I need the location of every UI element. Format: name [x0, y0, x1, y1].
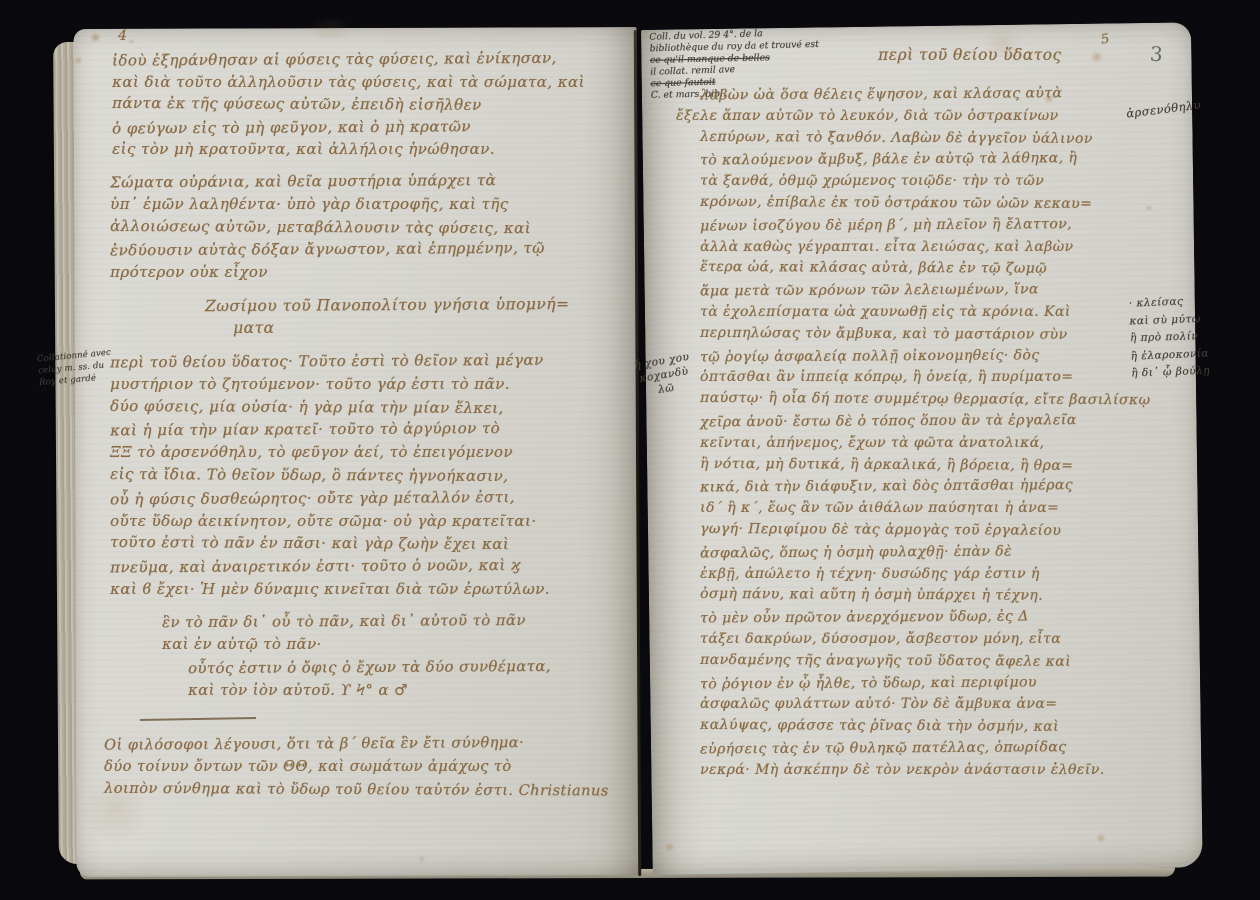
- text-line: ΞΞ τὸ ἀρσενόθηλυ, τὸ φεῦγον ἀεί, τὸ ἐπει…: [110, 441, 550, 464]
- text-line: τὰ ἐχολεπίσματα ὠὰ χαυνωθῇ εἰς τὰ κρόνια…: [700, 302, 1150, 324]
- text-line: ἀσφαλῶς, ὅπως ἡ ὀσμὴ φυλαχθῇ· ἐπὰν δὲ: [700, 540, 1150, 565]
- text-line: μένων ἰσοζύγου δὲ μέρη β΄, μὴ πλεῖον ἢ ἔ…: [700, 213, 1150, 238]
- page-number-right-pencil: 3: [1149, 42, 1164, 67]
- text-line: δύο τοίνυν ὄντων τῶν ΘΘ, καὶ σωμάτων ἀμά…: [104, 755, 609, 778]
- chapter-title: περὶ τοῦ θείου ὕδατος: [878, 46, 1062, 64]
- text-line: πανδαμένης τῆς ἀναγωγῆς τοῦ ὕδατος ἄφελε…: [700, 650, 1150, 674]
- left-paragraph-2: Σώματα οὐράνια, καὶ θεῖα μυστήρια ὑπάρχε…: [110, 170, 545, 284]
- manuscript-photo: 4 Collationné avecceluy m. ss. duRoy et …: [0, 0, 1260, 900]
- text-line: πρότερον οὐκ εἶχον: [110, 261, 545, 284]
- text-line: περὶ τοῦ θείου ὕδατος· Τοῦτο ἐστὶ τὸ θεῖ…: [110, 349, 550, 374]
- text-line: ἰδοὺ ἐξηράνθησαν αἱ φύσεις τὰς φύσεις, κ…: [112, 47, 585, 72]
- text-line: εὑρήσεις τὰς ἐν τῷ θυληκῷ πατέλλας, ὀπωρ…: [700, 737, 1150, 762]
- text-line: ἅμα μετὰ τῶν κρόνων τῶν λελειωμένων, ἵνα: [700, 279, 1150, 304]
- text-line: τάξει δακρύων, δύσοσμον, ἄσβεστον μόνη, …: [700, 629, 1150, 651]
- text-line: κικά, διὰ τὴν διάφυξιν, καὶ δὸς ὁπτᾶσθαι…: [700, 475, 1150, 500]
- text-line: εἰς τὸν μὴ κρατοῦντα, καὶ ἀλλήλοις ἡνώθη…: [112, 138, 585, 161]
- text-line: τοῦτο ἐστὶ τὸ πᾶν ἐν πᾶσι· καὶ γὰρ ζωὴν …: [110, 531, 550, 556]
- text-line: πάντα ἐκ τῆς φύσεως αὐτῶν, ἐπειδὴ εἰσῆλθ…: [112, 92, 585, 117]
- text-line: ἢ νότια, μὴ δυτικά, ἢ ἀρκαλικά, ἢ βόρεια…: [700, 453, 1150, 477]
- text-line: ματα: [233, 317, 569, 340]
- page-number-left: 4: [118, 28, 127, 44]
- text-line: μυστήριον τὸ ζητούμενον· τοῦτο γάρ ἐστι …: [110, 373, 550, 396]
- text-line: καὶ τὸν ἰὸν αὐτοῦ. ϒ Ϟ° α ♂: [188, 679, 551, 702]
- text-line: λεπύρων, καὶ τὸ ξανθόν. Λαβὼν δὲ ἀγγεῖον…: [700, 126, 1150, 150]
- text-line: ἓν τὸ πᾶν δι᾽ οὗ τὸ πᾶν, καὶ δι᾽ αὐτοῦ τ…: [162, 609, 526, 634]
- text-line: ιδ΄ ἢ κ΄, ἕως ἂν τῶν ἀιθάλων παύσηται ἡ …: [700, 498, 1150, 520]
- text-line: ἀσφαλῶς φυλάττων αὐτό· Τὸν δὲ ἄμβυκα ἀνα…: [700, 694, 1150, 716]
- text-line: ὁπτᾶσθαι ἂν ἱππείᾳ κόπρῳ, ἢ ὀνείᾳ, ἢ πυρ…: [700, 367, 1150, 389]
- text-line: τὸ μὲν οὖν πρῶτον ἀνερχόμενον ὕδωρ, ἐς Δ: [700, 606, 1150, 631]
- left-paragraph-3: περὶ τοῦ θείου ὕδατος· Τοῦτο ἐστὶ τὸ θεῖ…: [110, 350, 550, 601]
- text-line: καὶ διὰ τοῦτο ἀλληλοῦσιν τὰς φύσεις, καὶ…: [112, 71, 585, 94]
- text-line: κρόνων, ἐπίβαλε ἐκ τοῦ ὀστράκου τῶν ὠῶν …: [700, 192, 1150, 216]
- text-line: ἔξελε ἅπαν αὐτῶν τὸ λευκόν, διὰ τῶν ὀστρ…: [676, 106, 1150, 128]
- text-line: τὸ ῥόγιον ἐν ᾧ ἦλθε, τὸ ὕδωρ, καὶ περιφί…: [700, 671, 1150, 696]
- text-line: ἐκβῇ, ἀπώλετο ἡ τέχνη· δυσώδης γάρ ἐστιν…: [700, 564, 1150, 586]
- text-line: εἰς τὰ ἴδια. Τὸ θεῖον ὕδωρ, ὃ πάντες ἠγν…: [110, 463, 550, 488]
- serpent-quote: οὗτός ἐστιν ὁ ὄφις ὁ ἔχων τὰ δύο συνθέμα…: [188, 656, 551, 702]
- text-line: Σώματα οὐράνια, καὶ θεῖα μυστήρια ὑπάρχε…: [110, 169, 545, 194]
- text-line: καὶ ἐν αὐτῷ τὸ πᾶν·: [162, 633, 526, 656]
- text-line: ἢ δι᾽ ᾧ βούλῃ: [1131, 363, 1210, 383]
- text-line: Οἱ φιλόσοφοι λέγουσι, ὅτι τὰ β΄ θεῖα ἓν …: [104, 730, 609, 756]
- text-line: πνεῦμα, καὶ ἀναιρετικόν ἐστι· τοῦτο ὁ νο…: [110, 554, 550, 579]
- text-line: · κλείσας: [1128, 292, 1207, 313]
- text-line: παύστῳ· ἢ οἷα δή ποτε συμμέτρῳ θερμασίᾳ,…: [700, 388, 1150, 412]
- text-line: τῷ ῥογίῳ ἀσφαλείᾳ πολλῇ οἰκονομηθείς· δὸ…: [700, 344, 1150, 369]
- text-line: γωγή· Περιφίμου δὲ τὰς ἁρμογὰς τοῦ ἐργαλ…: [700, 519, 1150, 543]
- right-body-text: λαβὼν ὠὰ ὅσα θέλεις ἕψησον, καὶ κλάσας α…: [700, 84, 1150, 782]
- text-line: περιπηλώσας τὸν ἄμβυκα, καὶ τὸ μαστάριον…: [700, 323, 1150, 347]
- text-line: λαβὼν ὠὰ ὅσα θέλεις ἕψησον, καὶ κλάσας α…: [700, 83, 1150, 108]
- text-line: ἢ ἐλαροκονία: [1130, 345, 1209, 366]
- text-line: καλύψας, φράσσε τὰς ῥῖνας διὰ τὴν ὀσμήν,…: [700, 715, 1150, 739]
- text-line: κεῖνται, ἀπήνεμος, ἔχων τὰ φῶτα ἀνατολικ…: [700, 433, 1150, 455]
- text-line: οὔτε ὕδωρ ἀεικίνητον, οὔτε σῶμα· οὐ γὰρ …: [110, 510, 550, 533]
- text-line: οὗ ἡ φύσις δυσθεώρητος· οὔτε γὰρ μέταλλό…: [110, 485, 550, 510]
- zosimos-heading: Ζωσίμου τοῦ Πανοπολίτου γνήσια ὑπομνή=μα…: [205, 294, 569, 340]
- margin-note-right-cluster: · κλείσαςκαὶ σὺ μύτῳἢ πρὸ πολίνἢ ἐλαροκο…: [1128, 293, 1210, 384]
- left-paragraph-4: Οἱ φιλόσοφοι λέγουσι, ὅτι τὰ β΄ θεῖα ἓν …: [104, 732, 609, 801]
- text-line: ἀλλοιώσεως αὐτῶν, μεταβάλλουσιν τὰς φύσε…: [110, 214, 545, 239]
- text-line: καὶ ϐ ἔχει· Ἡ μὲν δύναμις κινεῖται διὰ τ…: [110, 578, 550, 601]
- text-line: ἐνδύουσιν αὐτὰς δόξαν ἄγνωστον, καὶ ἐπηρ…: [110, 237, 545, 262]
- text-line: ἕτερα ὠά, καὶ κλάσας αὐτὰ, βάλε ἐν τῷ ζω…: [700, 257, 1150, 281]
- text-line: λοιπὸν σύνθημα καὶ τὸ ὕδωρ τοῦ θείου ταὐ…: [104, 777, 609, 803]
- text-line: ὀσμὴ πάνυ, καὶ αὕτη ἡ ὀσμὴ ὑπάρχει ἡ τέχ…: [700, 584, 1150, 608]
- text-line: νεκρά· Μὴ ἀσκέπην δὲ τὸν νεκρὸν ἀνάστασι…: [700, 760, 1150, 782]
- text-line: Ζωσίμου τοῦ Πανοπολίτου γνήσια ὑπομνή=: [205, 293, 569, 318]
- text-line: οὗτός ἐστιν ὁ ὄφις ὁ ἔχων τὰ δύο συνθέμα…: [188, 655, 551, 680]
- hen-to-pan-quote: ἓν τὸ πᾶν δι᾽ οὗ τὸ πᾶν, καὶ δι᾽ αὐτοῦ τ…: [162, 610, 526, 656]
- text-line: δύο φύσεις, μία οὐσία· ἡ γὰρ μία τὴν μία…: [110, 394, 550, 419]
- text-line: τὸ καλούμενον ἄμβυξ, βάλε ἐν αὐτῷ τὰ λάθ…: [700, 148, 1150, 173]
- text-line: ὑπ᾽ ἐμῶν λαληθέντα· ὑπὸ γὰρ διατροφῆς, κ…: [110, 193, 545, 216]
- text-line: τὰ ξανθά, ὀθμῷ χρώμενος τοιῷδε· τὴν τὸ τ…: [700, 171, 1150, 193]
- text-line: ὁ φεύγων εἰς τὸ μὴ φεῦγον, καὶ ὁ μὴ κρατ…: [112, 114, 585, 139]
- text-line: χεῖρα ἀνοῦ· ἔστω δὲ ὁ τόπος ὅπου ἂν τὰ ἐ…: [700, 410, 1150, 435]
- left-paragraph-1: ἰδοὺ ἐξηράνθησαν αἱ φύσεις τὰς φύσεις, κ…: [112, 48, 585, 161]
- collation-margin-note: Collationné avecceluy m. ss. duRoy et ga…: [37, 347, 114, 389]
- text-line: ἀλλὰ καθὼς γέγραπται. εἶτα λειώσας, καὶ …: [700, 237, 1150, 259]
- text-line: καὶ ἡ μία τὴν μίαν κρατεῖ· τοῦτο τὸ ἀργύ…: [110, 417, 550, 442]
